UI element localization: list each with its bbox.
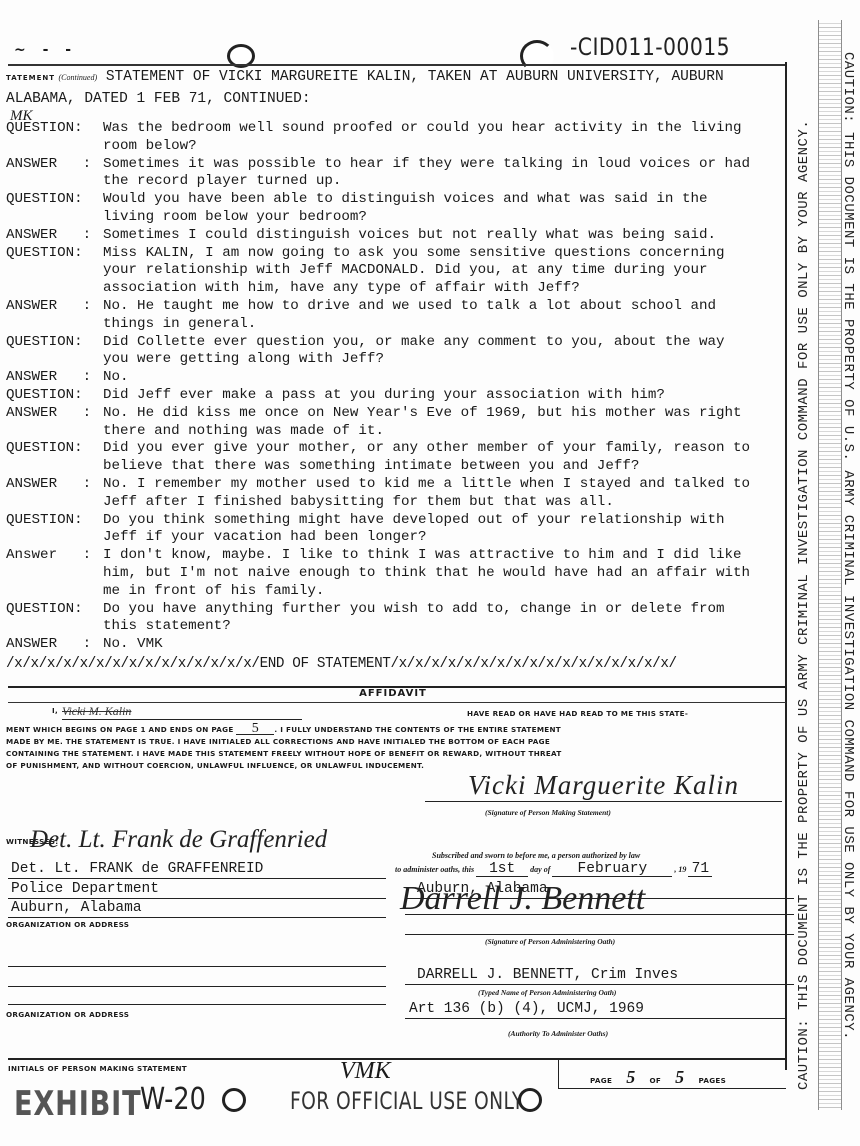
qa-label: ANSWER :	[6, 476, 103, 494]
witness-name-line: Det. Lt. FRANK de GRAFFENREID	[8, 860, 386, 879]
administrator-signature: Darrell J. Bennett	[400, 880, 645, 918]
end-of-statement-line: /x/x/x/x/x/x/x/x/x/x/x/x/x/x/x/END OF ST…	[6, 656, 786, 672]
qa-text: believe that there was something intimat…	[103, 458, 786, 476]
qa-entry: ANSWER :No. He did kiss me once on New Y…	[6, 405, 786, 423]
qa-continuation: association with him, have any type of a…	[6, 280, 786, 298]
page-total: 5	[675, 1067, 684, 1088]
qa-text: Do you think something might have develo…	[103, 512, 786, 530]
qa-text: Did Collette ever question you, or make …	[103, 334, 786, 352]
witness2-line-1	[8, 952, 386, 967]
qa-entry: QUESTION:Would you have been able to dis…	[6, 191, 786, 209]
qa-text: this statement?	[103, 618, 786, 636]
qa-entry: ANSWER :No. I remember my mother used to…	[6, 476, 786, 494]
typed-name-caption: (Typed Name of Person Administering Oath…	[478, 988, 616, 997]
qa-entry: QUESTION:Did Collette ever question you,…	[6, 334, 786, 352]
top-marks: ~ - -	[14, 42, 77, 58]
qa-label: ANSWER :	[6, 298, 103, 316]
qa-entry: ANSWER :No. VMK	[6, 636, 786, 654]
qa-entry: QUESTION:Did you ever give your mother, …	[6, 440, 786, 458]
qa-label	[6, 618, 103, 636]
qa-label: ANSWER :	[6, 636, 103, 654]
qa-entry: ANSWER :No.	[6, 369, 786, 387]
punch-hole-bottom-right	[518, 1088, 542, 1112]
qa-label: QUESTION:	[6, 245, 103, 263]
punch-hole-bottom-left	[222, 1088, 246, 1112]
qa-continuation: your relationship with Jeff MACDONALD. D…	[6, 262, 786, 280]
authority-line: Art 136 (b) (4), UCMJ, 1969	[405, 1000, 786, 1019]
header-line-2: ALABAMA, DATED 1 FEB 71, CONTINUED:	[6, 89, 786, 110]
qa-label	[6, 209, 103, 227]
qa-label	[6, 583, 103, 601]
qa-continuation: him, but I'm not naive enough to think t…	[6, 565, 786, 583]
qa-label	[6, 173, 103, 191]
qa-continuation: the record player turned up.	[6, 173, 786, 191]
qa-label: QUESTION:	[6, 334, 103, 352]
qa-text: No. VMK	[103, 636, 786, 654]
qa-entry: QUESTION:Do you have anything further yo…	[6, 601, 786, 619]
ends-on-page-field: 5	[236, 724, 274, 735]
question-answer-list: QUESTION:Was the bedroom well sound proo…	[6, 120, 786, 654]
admin-signature-line	[405, 920, 794, 935]
qa-label	[6, 262, 103, 280]
statement-label: TATEMENT (Continued)	[6, 74, 97, 82]
qa-continuation: living room below your bedroom?	[6, 209, 786, 227]
statement-signature: Vicki Marguerite Kalin	[425, 770, 782, 802]
affidavit-name-field: Vicki M. Kalin	[62, 704, 302, 720]
qa-continuation: this statement?	[6, 618, 786, 636]
oath-day-field: 1st	[476, 862, 528, 877]
page-number: 5	[626, 1067, 635, 1088]
qa-text: Sometimes it was possible to hear if the…	[103, 156, 786, 174]
affidavit-have-read: HAVE READ OR HAVE HAD READ TO ME THIS ST…	[467, 709, 688, 718]
admin-signature-caption: (Signature of Person Administering Oath)	[485, 937, 615, 946]
qa-label: QUESTION:	[6, 512, 103, 530]
qa-text: you were getting along with Jeff?	[103, 351, 786, 369]
qa-entry: QUESTION:Was the bedroom well sound proo…	[6, 120, 786, 138]
subscribed-text: Subscribed and sworn to before me, a per…	[432, 851, 640, 860]
qa-continuation: you were getting along with Jeff?	[6, 351, 786, 369]
qa-text: the record player turned up.	[103, 173, 786, 191]
statement-header: TATEMENT (Continued) STATEMENT OF VICKI …	[6, 67, 786, 110]
witness-dept-line: Police Department	[8, 880, 386, 899]
qa-text: I don't know, maybe. I like to think I w…	[103, 547, 786, 565]
qa-label: QUESTION:	[6, 191, 103, 209]
qa-label	[6, 280, 103, 298]
qa-text: me in front of his family.	[103, 583, 786, 601]
org-address-label-1: ORGANIZATION OR ADDRESS	[6, 920, 129, 929]
qa-entry: ANSWER :No. He taught me how to drive an…	[6, 298, 786, 316]
qa-text: association with him, have any type of a…	[103, 280, 786, 298]
exhibit-number: W-20	[140, 1082, 206, 1117]
qa-label: ANSWER :	[6, 405, 103, 423]
qa-text: things in general.	[103, 316, 786, 334]
qa-label	[6, 494, 103, 512]
qa-text: Jeff after I finished babysitting for th…	[103, 494, 786, 512]
oath-year-field: 71	[688, 862, 712, 877]
qa-entry: ANSWER :Sometimes I could distinguish vo…	[6, 227, 786, 245]
qa-text: No. He taught me how to drive and we use…	[103, 298, 786, 316]
initials-value: VMK	[340, 1058, 391, 1085]
oath-date-line: to administer oaths, this 1st day of Feb…	[395, 862, 712, 877]
qa-label: QUESTION:	[6, 120, 103, 138]
witness2-line-2	[8, 972, 386, 987]
qa-text: your relationship with Jeff MACDONALD. D…	[103, 262, 786, 280]
qa-label: QUESTION:	[6, 440, 103, 458]
caution-strip-texture	[818, 20, 842, 1110]
qa-text: Did you ever give your mother, or any ot…	[103, 440, 786, 458]
qa-continuation: things in general.	[6, 316, 786, 334]
affidavit-i-label: I,	[52, 706, 58, 715]
witness-signature: Det. Lt. Frank de Graffenried	[30, 826, 327, 854]
for-official-use-only-stamp: FOR OFFICIAL USE ONLY	[290, 1087, 524, 1115]
qa-continuation: believe that there was something intimat…	[6, 458, 786, 476]
qa-label: ANSWER :	[6, 227, 103, 245]
oath-month-field: February	[552, 862, 672, 877]
qa-label	[6, 458, 103, 476]
qa-label	[6, 423, 103, 441]
qa-label	[6, 316, 103, 334]
qa-text: Was the bedroom well sound proofed or co…	[103, 120, 786, 138]
qa-continuation: there and nothing was made of it.	[6, 423, 786, 441]
affidavit-body: MENT WHICH BEGINS ON PAGE 1 AND ENDS ON …	[6, 724, 786, 772]
qa-label	[6, 138, 103, 156]
page-count: PAGE 5 OF 5 PAGES	[590, 1067, 726, 1088]
qa-label: Answer :	[6, 547, 103, 565]
qa-entry: QUESTION:Miss KALIN, I am now going to a…	[6, 245, 786, 263]
qa-entry: ANSWER :Sometimes it was possible to hea…	[6, 156, 786, 174]
qa-text: him, but I'm not naive enough to think t…	[103, 565, 786, 583]
caution-strip-right: CAUTION: THIS DOCUMENT IS THE PROPERTY O…	[840, 52, 856, 1040]
qa-label	[6, 565, 103, 583]
qa-label: ANSWER :	[6, 156, 103, 174]
authority-caption: (Authority To Administer Oaths)	[508, 1029, 608, 1038]
typed-name-line: DARRELL J. BENNETT, Crim Inves	[405, 966, 794, 985]
org-address-label-2: ORGANIZATION OR ADDRESS	[6, 1010, 129, 1019]
qa-continuation: me in front of his family.	[6, 583, 786, 601]
witness2-line-3	[8, 990, 386, 1005]
qa-entry: QUESTION:Did Jeff ever make a pass at yo…	[6, 387, 786, 405]
qa-continuation: Jeff if your vacation had been longer?	[6, 529, 786, 547]
qa-continuation: room below?	[6, 138, 786, 156]
qa-text: Jeff if your vacation had been longer?	[103, 529, 786, 547]
qa-label: ANSWER :	[6, 369, 103, 387]
qa-label	[6, 351, 103, 369]
caution-strip-left: CAUTION: THIS DOCUMENT IS THE PROPERTY O…	[796, 120, 812, 1090]
document-number: -CID011-00015	[570, 33, 730, 61]
statement-signature-caption: (Signature of Person Making Statement)	[485, 808, 611, 817]
qa-text: room below?	[103, 138, 786, 156]
qa-label: QUESTION:	[6, 601, 103, 619]
qa-text: No. I remember my mother used to kid me …	[103, 476, 786, 494]
qa-text: Miss KALIN, I am now going to ask you so…	[103, 245, 786, 263]
qa-label	[6, 529, 103, 547]
qa-text: Sometimes I could distinguish voices but…	[103, 227, 786, 245]
witness-city-line: Auburn, Alabama	[8, 899, 386, 918]
qa-text: No.	[103, 369, 786, 387]
top-rule	[8, 64, 786, 66]
affidavit-title: AFFIDAVIT	[0, 688, 786, 699]
header-line-1: STATEMENT OF VICKI MARGUREITE KALIN, TAK…	[106, 69, 724, 85]
qa-text: Did Jeff ever make a pass at you during …	[103, 387, 786, 405]
qa-text: Would you have been able to distinguish …	[103, 191, 786, 209]
initials-label: INITIALS OF PERSON MAKING STATEMENT	[8, 1064, 187, 1073]
qa-continuation: Jeff after I finished babysitting for th…	[6, 494, 786, 512]
affidavit-title-rule	[8, 702, 786, 703]
qa-entry: Answer :I don't know, maybe. I like to t…	[6, 547, 786, 565]
document-page: ~ - - -CID011-00015 TATEMENT (Continued)…	[0, 0, 860, 1146]
qa-text: No. He did kiss me once on New Year's Ev…	[103, 405, 786, 423]
qa-text: living room below your bedroom?	[103, 209, 786, 227]
qa-entry: QUESTION:Do you think something might ha…	[6, 512, 786, 530]
qa-text: Do you have anything further you wish to…	[103, 601, 786, 619]
qa-text: there and nothing was made of it.	[103, 423, 786, 441]
qa-label: QUESTION:	[6, 387, 103, 405]
exhibit-stamp: EXHIBIT	[14, 1084, 141, 1124]
